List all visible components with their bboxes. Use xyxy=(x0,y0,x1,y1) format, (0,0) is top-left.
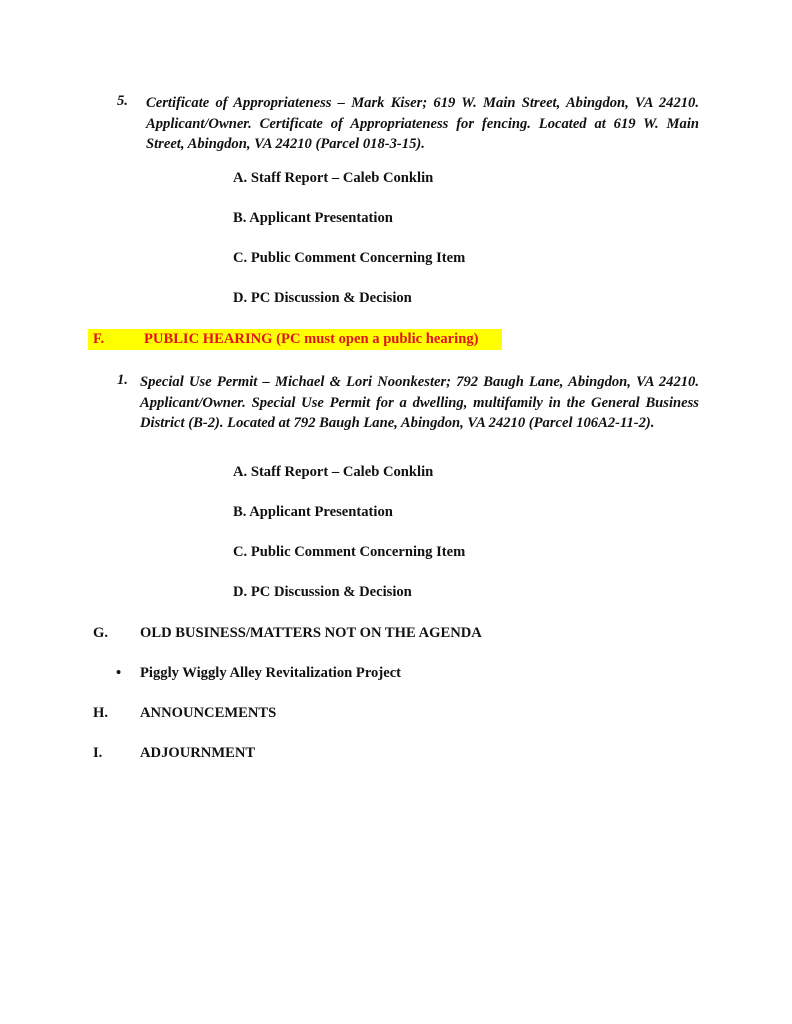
sub-item-applicant-presentation: B. Applicant Presentation xyxy=(233,504,393,521)
bullet-item: Piggly Wiggly Alley Revitalization Proje… xyxy=(140,665,401,682)
section-h-heading: ANNOUNCEMENTS xyxy=(140,705,276,722)
item-1-description: Special Use Permit – Michael & Lori Noon… xyxy=(140,372,699,434)
sub-item-public-comment: C. Public Comment Concerning Item xyxy=(233,544,465,561)
section-f-letter: F. xyxy=(93,331,104,348)
section-i-letter: I. xyxy=(93,745,102,762)
sub-item-staff-report: A. Staff Report – Caleb Conklin xyxy=(233,170,433,187)
sub-item-public-comment: C. Public Comment Concerning Item xyxy=(233,250,465,267)
item-5-description: Certificate of Appropriateness – Mark Ki… xyxy=(146,93,699,155)
section-f-heading: PUBLIC HEARING (PC must open a public he… xyxy=(144,331,478,348)
sub-item-pc-discussion: D. PC Discussion & Decision xyxy=(233,584,412,601)
bullet-icon: • xyxy=(116,665,121,682)
section-g-letter: G. xyxy=(93,625,108,642)
sub-item-applicant-presentation: B. Applicant Presentation xyxy=(233,210,393,227)
section-i-heading: ADJOURNMENT xyxy=(140,745,255,762)
sub-item-pc-discussion: D. PC Discussion & Decision xyxy=(233,290,412,307)
section-g-heading: OLD BUSINESS/MATTERS NOT ON THE AGENDA xyxy=(140,625,482,642)
section-h-letter: H. xyxy=(93,705,108,722)
item-number: 1. xyxy=(117,372,128,389)
sub-item-staff-report: A. Staff Report – Caleb Conklin xyxy=(233,464,433,481)
item-number: 5. xyxy=(117,93,128,110)
